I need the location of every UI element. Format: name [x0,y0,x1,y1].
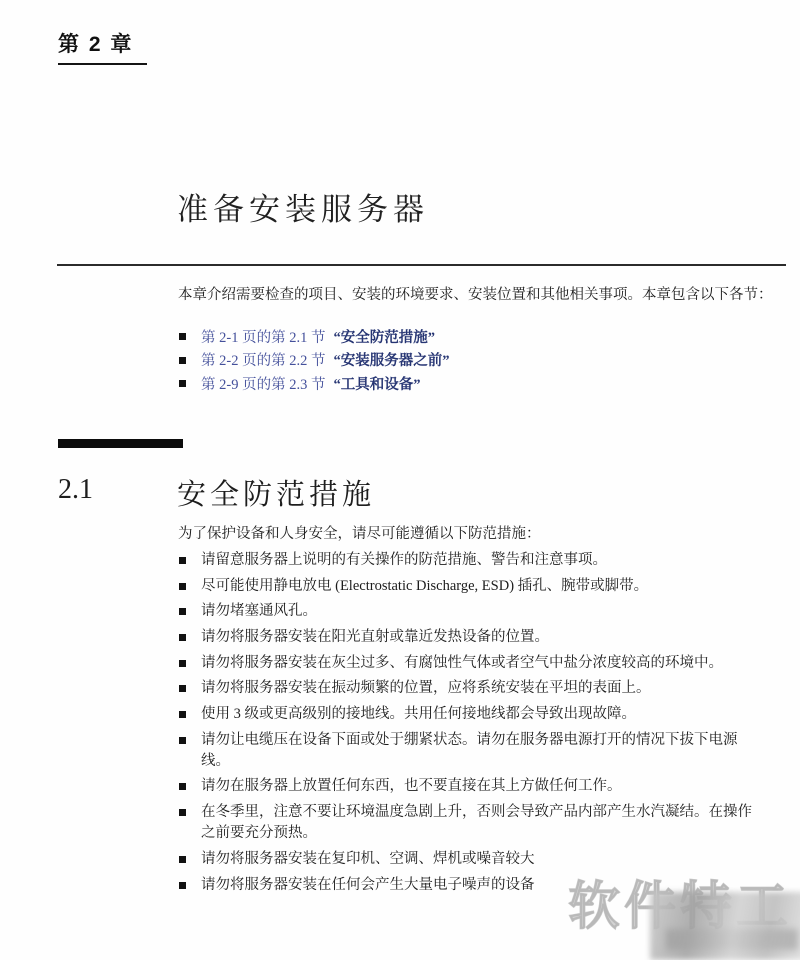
bullet-text: 请勿将服务器安装在复印机、空调、焊机或噪音较大 [201,849,766,870]
horizontal-rule [57,264,786,266]
list-item: 请勿让电缆压在设备下面或处于绷紧状态。请勿在服务器电源打开的情况下拔下电源线。 [179,730,774,772]
bullet-text: 请勿将服务器安装在阳光直射或靠近发热设备的位置。 [201,627,766,648]
censored-blur-blob [650,892,800,960]
section-lead: 为了保护设备和人身安全，请尽可能遵循以下防范措施： [178,524,778,546]
toc-link-prefix: 第 2-1 页的第 2.1 节 [201,331,325,347]
square-bullet-icon [179,333,186,340]
toc-link-safety[interactable]: 第 2-1 页的第 2.1 节 “安全防范措施” [179,331,779,347]
list-item: 请勿将服务器安装在阳光直射或靠近发热设备的位置。 [179,627,774,648]
toc-link-prefix: 第 2-9 页的第 2.3 节 [201,378,325,394]
bullet-text: 请勿让电缆压在设备下面或处于绷紧状态。请勿在服务器电源打开的情况下拔下电源线。 [201,730,766,772]
bullet-text: 请勿将服务器安装在振动频繁的位置，应将系统安装在平坦的表面上。 [201,678,766,699]
square-bullet-icon [179,380,186,387]
list-item: 请勿将服务器安装在振动频繁的位置，应将系统安装在平坦的表面上。 [179,678,774,699]
square-bullet-icon [179,583,186,590]
list-item: 尽可能使用静电放电 (Electrostatic Discharge, ESD)… [179,576,774,597]
section-title: 安全防范措施 [177,472,375,513]
square-bullet-icon [179,737,186,744]
toc-link-title: “工具和设备” [333,378,420,394]
section-number: 2.1 [58,474,93,506]
manual-page: { "chapter": { "label": "第 2 章", "title"… [0,0,800,960]
list-item: 在冬季里，注意不要让环境温度急剧上升，否则会导致产品内部产生水汽凝结。在操作之前… [179,802,774,844]
toc-link-title: “安装服务器之前” [333,354,449,370]
chapter-label: 第 2 章 [58,28,147,65]
list-item: 请勿将服务器安装在复印机、空调、焊机或噪音较大 [179,849,774,870]
square-bullet-icon [179,685,186,692]
square-bullet-icon [179,660,186,667]
bullet-text: 请勿将服务器安装在任何会产生大量电子噪声的设备 [201,875,766,896]
list-item: 请勿在服务器上放置任何东西，也不要直接在其上方做任何工作。 [179,776,774,797]
square-bullet-icon [179,711,186,718]
bullet-text: 请留意服务器上说明的有关操作的防范措施、警告和注意事项。 [201,550,766,571]
safety-bullet-list: 请留意服务器上说明的有关操作的防范措施、警告和注意事项。 尽可能使用静电放电 (… [179,550,774,900]
toc-link-prefix: 第 2-2 页的第 2.2 节 [201,354,325,370]
square-bullet-icon [179,882,186,889]
square-bullet-icon [179,608,186,615]
list-item: 请勿将服务器安装在任何会产生大量电子噪声的设备 [179,875,774,896]
bullet-text: 在冬季里，注意不要让环境温度急剧上升，否则会导致产品内部产生水汽凝结。在操作之前… [201,802,766,844]
bullet-text: 请勿将服务器安装在灰尘过多、有腐蚀性气体或者空气中盐分浓度较高的环境中。 [201,653,766,674]
square-bullet-icon [179,809,186,816]
square-bullet-icon [179,783,186,790]
list-item: 请留意服务器上说明的有关操作的防范措施、警告和注意事项。 [179,550,774,571]
chapter-title: 准备安装服务器 [177,184,429,229]
list-item: 使用 3 级或更高级别的接地线。共用任何接地线都会导致出现故障。 [179,704,774,725]
bullet-text: 请勿堵塞通风孔。 [201,601,766,622]
bullet-text: 尽可能使用静电放电 (Electrostatic Discharge, ESD)… [201,576,766,597]
bullet-text: 请勿在服务器上放置任何东西，也不要直接在其上方做任何工作。 [201,776,766,797]
bullet-text: 使用 3 级或更高级别的接地线。共用任何接地线都会导致出现故障。 [201,704,766,725]
list-item: 请勿堵塞通风孔。 [179,601,774,622]
toc-link-list: 第 2-1 页的第 2.1 节 “安全防范措施” 第 2-2 页的第 2.2 节… [179,331,779,401]
square-bullet-icon [179,634,186,641]
toc-link-before-install[interactable]: 第 2-2 页的第 2.2 节 “安装服务器之前” [179,354,779,370]
square-bullet-icon [179,557,186,564]
section-divider-bar [58,439,183,448]
list-item: 请勿将服务器安装在灰尘过多、有腐蚀性气体或者空气中盐分浓度较高的环境中。 [179,653,774,674]
toc-link-title: “安全防范措施” [333,331,435,347]
toc-link-tools[interactable]: 第 2-9 页的第 2.3 节 “工具和设备” [179,378,779,394]
chapter-intro: 本章介绍需要检查的项目、安装的环境要求、安装位置和其他相关事项。本章包含以下各节… [178,284,778,306]
square-bullet-icon [179,357,186,364]
square-bullet-icon [179,856,186,863]
